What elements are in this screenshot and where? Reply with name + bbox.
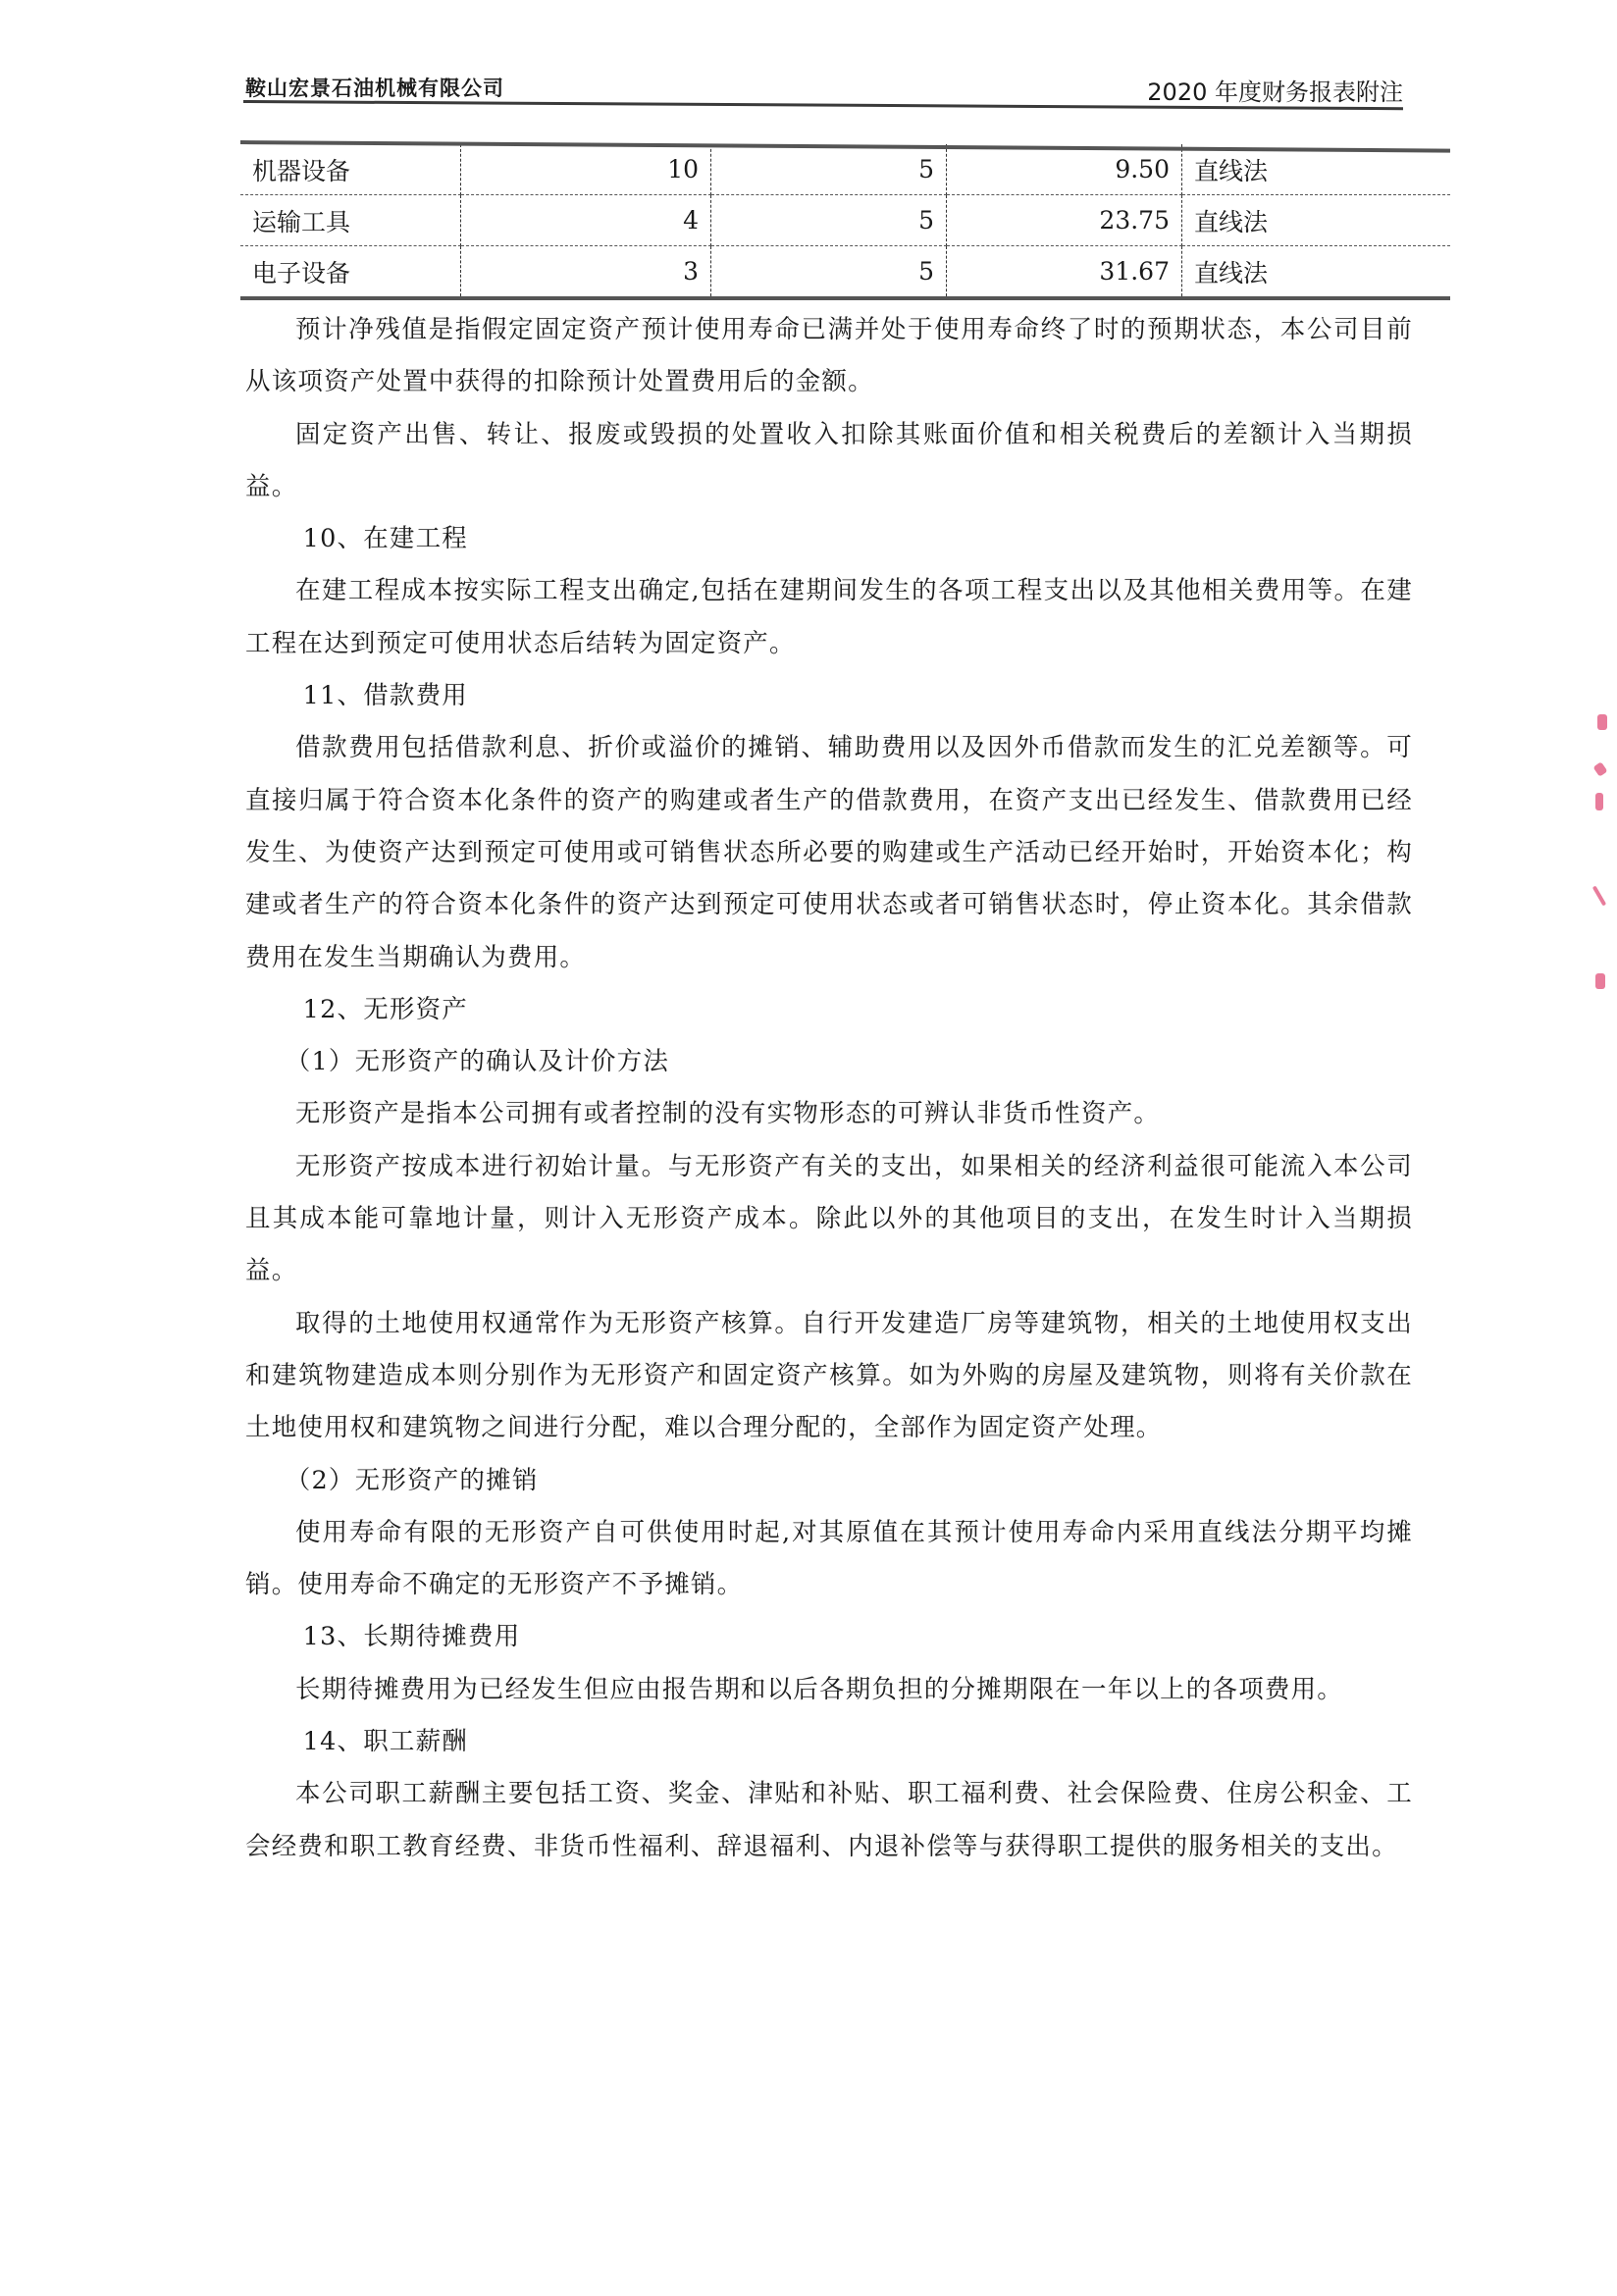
paragraph-disposal: 固定资产出售、转让、报废或毁损的处置收入扣除其账面价值和相关税费后的差额计入当期… [245,409,1413,514]
residual-rate-cell: 5 [711,144,947,195]
table-row: 电子设备 3 5 31.67 直线法 [240,246,1450,297]
seal-fragment-icon [1597,714,1607,730]
page-header: 鞍山宏景石油机械有限公司 2020 年度财务报表附注 [245,69,1403,104]
table-bottom-rule [240,296,1450,300]
category-cell: 运输工具 [240,195,461,246]
seal-fragment-icon [1595,973,1605,989]
annual-rate-cell: 31.67 [947,246,1182,297]
paragraph-employee-compensation: 本公司职工薪酬主要包括工资、奖金、津贴和补贴、职工福利费、社会保险费、住房公积金… [245,1768,1413,1873]
paragraph-construction: 在建工程成本按实际工程支出确定,包括在建期间发生的各项工程支出以及其他相关费用等… [245,565,1413,670]
report-title: 2020 年度财务报表附注 [1147,73,1403,107]
section-heading-prepaid-expenses: 13、长期待摊费用 [245,1611,1413,1663]
depreciation-table: 机器设备 10 5 9.50 直线法 运输工具 4 5 23.75 直线法 电子… [240,140,1450,300]
category-cell: 机器设备 [240,144,461,195]
company-name: 鞍山宏景石油机械有限公司 [245,73,504,102]
annual-rate-cell: 23.75 [947,195,1182,246]
section-heading-intangible-assets: 12、无形资产 [245,984,1413,1036]
section-heading-borrowing-costs: 11、借款费用 [245,670,1413,722]
method-cell: 直线法 [1182,195,1451,246]
paragraph-intangible-definition: 无形资产是指本公司拥有或者控制的没有实物形态的可辨认非货币性资产。 [245,1088,1413,1140]
useful-life-cell: 10 [461,144,711,195]
seal-fragment-icon [1595,793,1603,810]
section-heading-employee-compensation: 14、职工薪酬 [245,1716,1413,1768]
residual-rate-cell: 5 [711,195,947,246]
residual-rate-cell: 5 [711,246,947,297]
paragraph-residual-value: 预计净残值是指假定固定资产预计使用寿命已满并处于使用寿命终了时的预期状态，本公司… [245,304,1413,409]
seal-fragment-icon [1592,761,1607,777]
section-heading-construction: 10、在建工程 [245,513,1413,565]
paragraph-prepaid-expenses: 长期待摊费用为已经发生但应由报告期和以后各期负担的分摊期限在一年以上的各项费用。 [245,1664,1413,1716]
paragraph-amortization: 使用寿命有限的无形资产自可供使用时起,对其原值在其预计使用寿命内采用直线法分期平… [245,1507,1413,1612]
useful-life-cell: 3 [461,246,711,297]
table-row: 运输工具 4 5 23.75 直线法 [240,195,1450,246]
paragraph-borrowing-costs: 借款费用包括借款利息、折价或溢价的摊销、辅助费用以及因外币借款而发生的汇兑差额等… [245,722,1413,983]
method-cell: 直线法 [1182,246,1451,297]
table-row: 机器设备 10 5 9.50 直线法 [240,144,1450,195]
useful-life-cell: 4 [461,195,711,246]
paragraph-land-use-rights: 取得的土地使用权通常作为无形资产核算。自行开发建造厂房等建筑物，相关的土地使用权… [245,1298,1413,1455]
annual-rate-cell: 9.50 [947,144,1182,195]
seal-fragment-icon [1592,885,1606,906]
subheading-recognition: （1）无形资产的确认及计价方法 [245,1036,1413,1088]
category-cell: 电子设备 [240,246,461,297]
paragraph-intangible-measurement: 无形资产按成本进行初始计量。与无形资产有关的支出，如果相关的经济利益很可能流入本… [245,1141,1413,1298]
subheading-amortization: （2）无形资产的摊销 [245,1455,1413,1507]
document-body: 预计净残值是指假定固定资产预计使用寿命已满并处于使用寿命终了时的预期状态，本公司… [245,304,1413,1873]
